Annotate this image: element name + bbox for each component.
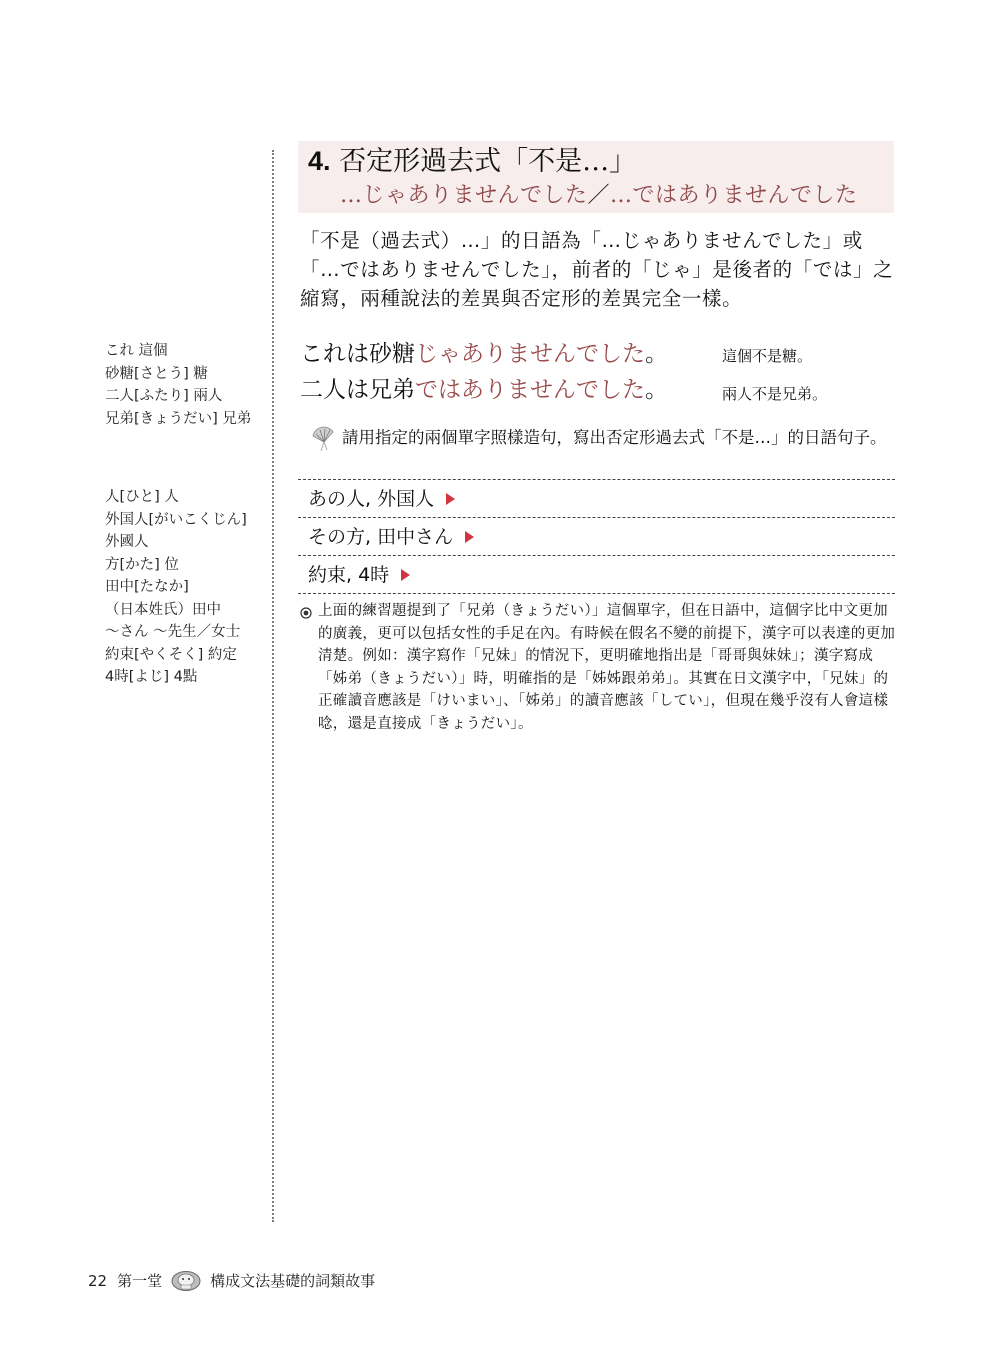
example-suffix: 。 (645, 341, 668, 367)
dashed-separator (298, 479, 895, 480)
example-highlight: じゃありませんでした (415, 341, 645, 367)
vocab-item: 田中[たなか] (105, 576, 275, 599)
exercise-item[interactable]: その方, 田中さん (308, 524, 474, 550)
play-arrow-icon (446, 493, 455, 505)
section-subtitle: …じゃありませんでした／…ではありませんでした (340, 180, 858, 212)
dashed-separator (298, 593, 895, 594)
play-arrow-icon (465, 531, 474, 543)
exercise-item[interactable]: 約束, 4時 (308, 562, 410, 588)
note-paragraph: 上面的練習題提到了「兄弟（きょうだい）」這個單字，但在日語中，這個字比中文更加的… (318, 600, 898, 735)
subtitle-form-2: …ではありませんでした (610, 183, 858, 208)
example-prefix: 二人は兄弟 (300, 377, 415, 403)
section-number: 4. (308, 146, 331, 176)
example-sentence: 二人は兄弟ではありませんでした。 (300, 374, 668, 406)
chapter-label: 第一堂 (117, 1271, 162, 1291)
vocab-item: 人[ひと] 人 (105, 486, 275, 509)
page-number: 22 (88, 1271, 107, 1291)
vocab-item: 約束[やくそく] 約定 (105, 644, 275, 667)
vocab-item: 外国人[がいこくじん] (105, 509, 275, 532)
vocab-item: 4時[よじ] 4點 (105, 666, 275, 689)
exercise-words: その方, 田中さん (308, 524, 453, 550)
example-prefix: これは砂糖 (300, 341, 415, 367)
play-arrow-icon (401, 569, 410, 581)
page-footer: 22 第一堂 構成文法基礎的詞類故事 (88, 1270, 375, 1292)
intro-paragraph: 「不是（過去式）…」的日語為「…じゃありませんでした」或「…ではありませんでした… (300, 226, 900, 313)
example-sentence: これは砂糖じゃありませんでした。 (300, 338, 668, 370)
vocab-item: 外國人 (105, 531, 275, 554)
vocab-list-2: 人[ひと] 人 外国人[がいこくじん] 外國人 方[かた] 位 田中[たなか] … (105, 486, 275, 689)
vocab-item: 方[かた] 位 (105, 554, 275, 577)
vocab-item: 二人[ふたり] 兩人 (105, 385, 275, 408)
example-translation: 這個不是糖。 (722, 346, 812, 366)
vocab-item: ～さん ～先生／女士 (105, 621, 275, 644)
subtitle-separator: ／ (588, 183, 611, 208)
exercise-words: 約束, 4時 (308, 562, 389, 588)
example-translation: 兩人不是兄弟。 (722, 384, 827, 404)
dashed-separator (298, 555, 895, 556)
dashed-separator (298, 517, 895, 518)
mascot-icon (170, 1270, 202, 1292)
subtitle-form-1: …じゃありませんでした (340, 183, 588, 208)
exercise-words: あの人, 外国人 (308, 486, 434, 512)
vocab-item: 砂糖[さとう] 糖 (105, 363, 275, 386)
vocab-list-1: これ 這個 砂糖[さとう] 糖 二人[ふたり] 兩人 兄弟[きょうだい] 兄弟 (105, 340, 275, 430)
fan-icon (310, 424, 336, 454)
exercise-item[interactable]: あの人, 外国人 (308, 486, 455, 512)
section-title: 4. 否定形過去式「不是…」 (308, 143, 636, 180)
section-title-text: 否定形過去式「不是…」 (339, 146, 636, 177)
circle-dot-icon (300, 604, 312, 616)
chapter-title: 構成文法基礎的詞類故事 (210, 1271, 375, 1291)
exercise-prompt: 請用指定的兩個單字照樣造句，寫出否定形過去式「不是…」的日語句子。 (342, 425, 898, 451)
example-suffix: 。 (645, 377, 668, 403)
vocab-item: （日本姓氏）田中 (105, 599, 275, 622)
vocab-item: 兄弟[きょうだい] 兄弟 (105, 408, 275, 431)
example-highlight: ではありませんでした (415, 377, 645, 403)
vocab-item: これ 這個 (105, 340, 275, 363)
